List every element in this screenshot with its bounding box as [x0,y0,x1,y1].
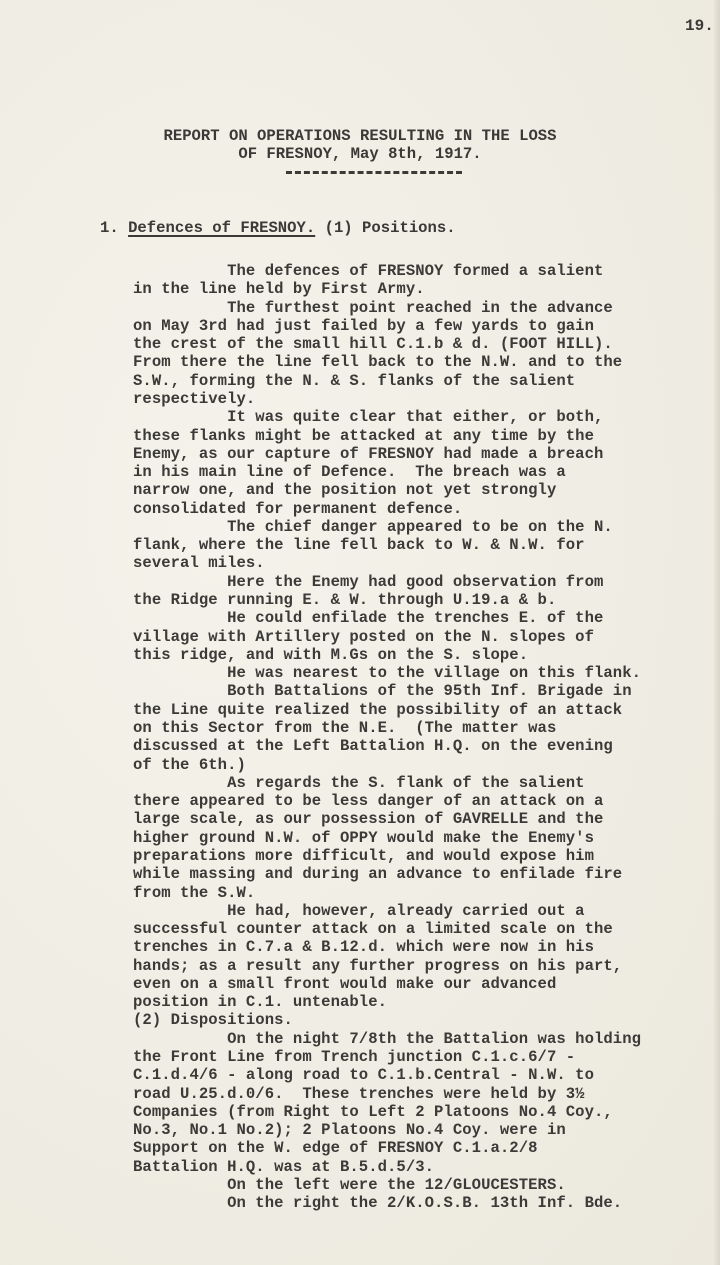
body-line: the Ridge running E. & W. through U.19.a… [133,591,556,609]
body-line: On the right the 2/K.O.S.B. 13th Inf. Bd… [133,1194,622,1212]
body-line: the Front Line from Trench junction C.1.… [133,1048,575,1066]
body-line: preparations more difficult, and would e… [133,847,594,865]
page-number: 19. [685,17,714,35]
body-line: He had, however, already carried out a [133,902,585,920]
body-line: several miles. [133,554,265,572]
body-line: He was nearest to the village on this fl… [133,664,641,682]
body-line: The chief danger appeared to be on the N… [133,518,613,536]
body-line: From there the line fell back to the N.W… [133,353,622,371]
body-line: successful counter attack on a limited s… [133,920,613,938]
body-line: Battalion H.Q. was at B.5.d.5/3. [133,1158,434,1176]
body-line: on this Sector from the N.E. (The matter… [133,719,556,737]
body-line: village with Artillery posted on the N. … [133,628,594,646]
body-line: (2) Dispositions. [133,1011,293,1029]
body-line: He could enfilade the trenches E. of the [133,609,603,627]
body-line: hands; as a result any further progress … [133,957,622,975]
body-line: the crest of the small hill C.1.b & d. (… [133,335,613,353]
body-line: position in C.1. untenable. [133,993,387,1011]
body-line: Support on the W. edge of FRESNOY C.1.a.… [133,1139,538,1157]
body-line: The defences of FRESNOY formed a salient [133,262,603,280]
body-line: trenches in C.7.a & B.12.d. which were n… [133,938,594,956]
body-line: in his main line of Defence. The breach … [133,463,566,481]
body-line: C.1.d.4/6 - along road to C.1.b.Central … [133,1066,594,1084]
body-line: It was quite clear that either, or both, [133,408,603,426]
body-line: large scale, as our possession of GAVREL… [133,810,603,828]
body-line: Both Battalions of the 95th Inf. Brigade… [133,682,632,700]
body-line: Here the Enemy had good observation from [133,573,603,591]
body-line: from the S.W. [133,884,255,902]
section-heading: 1. Defences of FRESNOY. (1) Positions. [100,219,456,237]
body-line: S.W., forming the N. & S. flanks of the … [133,372,575,390]
section-subheading: (1) Positions. [325,219,456,237]
body-line: flank, where the line fell back to W. & … [133,536,585,554]
body-line: road U.25.d.0/6. These trenches were hel… [133,1085,585,1103]
body-line: even on a small front would make our adv… [133,975,556,993]
report-title-line-2: OF FRESNOY, May 8th, 1917. [0,145,720,163]
body-line: of the 6th.) [133,756,246,774]
body-line: this ridge, and with M.Gs on the S. slop… [133,646,528,664]
body-line: respectively. [133,390,255,408]
page-edge-shadow [714,0,720,1265]
body-line: consolidated for permanent defence. [133,500,462,518]
body-line: in the line held by First Army. [133,280,425,298]
body-line: No.3, No.1 No.2); 2 Platoons No.4 Coy. w… [133,1121,566,1139]
body-line: Companies (from Right to Left 2 Platoons… [133,1103,613,1121]
body-line: On the left were the 12/GLOUCESTERS. [133,1176,566,1194]
body-line: Enemy, as our capture of FRESNOY had mad… [133,445,603,463]
body-line: while massing and during an advance to e… [133,865,622,883]
body-line: On the night 7/8th the Battalion was hol… [133,1030,641,1048]
body-line: there appeared to be less danger of an a… [133,792,603,810]
body-line: narrow one, and the position not yet str… [133,481,556,499]
report-title-line-1: REPORT ON OPERATIONS RESULTING IN THE LO… [0,127,720,145]
section-number: 1. [100,219,119,237]
body-line: As regards the S. flank of the salient [133,774,585,792]
section-title: Defences of FRESNOY. [128,219,315,237]
title-rule [286,171,462,174]
body-line: The furthest point reached in the advanc… [133,299,613,317]
body-line: on May 3rd had just failed by a few yard… [133,317,594,335]
body-line: these flanks might be attacked at any ti… [133,427,594,445]
body-line: discussed at the Left Battalion H.Q. on … [133,737,613,755]
body-line: the Line quite realized the possibility … [133,701,622,719]
body-line: higher ground N.W. of OPPY would make th… [133,829,594,847]
